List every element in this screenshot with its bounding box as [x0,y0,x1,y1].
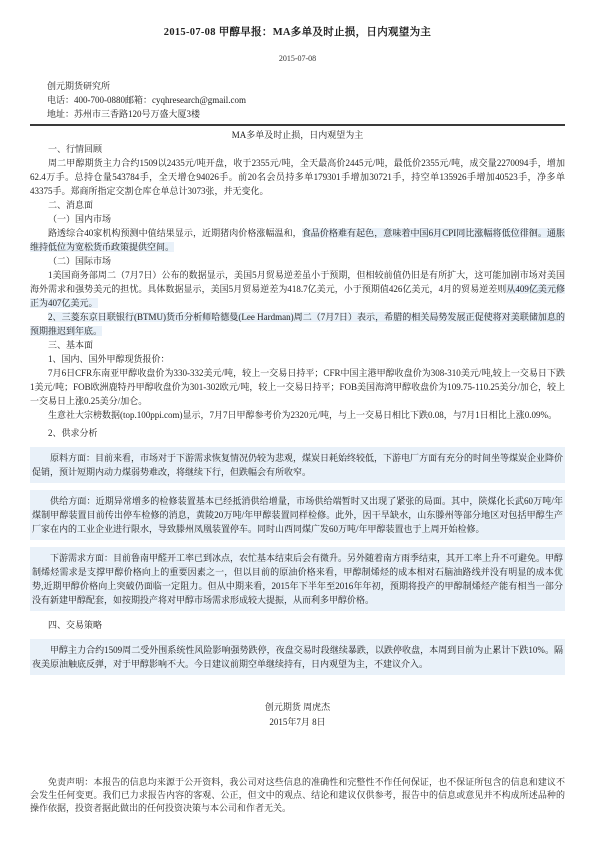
disclaimer-paragraph: 免责声明：本报告的信息均来源于公开资料，我公司对这些信息的准确性和完整性不作任何… [30,776,565,815]
report-date: 2015-07-08 [30,54,565,64]
signature-block: 创元期货 周虎杰 2015年7月 8日 [30,700,565,730]
intl2-highlighted-text: 2、三菱东京日联银行(BTMU)货币分析师哈德曼(Lee Hardman)周二（… [30,312,565,336]
raw-material-paragraph: 原料方面：目前来看，市场对于下游需求恢复情况仍较为悲观，煤炭日耗始终较低，下游电… [30,447,565,483]
header-divider [30,124,565,126]
domestic-market-subheading: （一）国内市场 [30,212,565,226]
intl-paragraph-2: 2、三菱东京日联银行(BTMU)货币分析师哈德曼(Lee Hardman)周二（… [30,310,565,338]
intl-paragraph-1: 1美国商务部周二（7月7日）公布的数据显示，美国5月贸易逆差虽小于预期，但相较前… [30,268,565,310]
supply-demand-subheading: 2、供求分析 [30,426,565,440]
strategy-paragraph: 甲醇主力合约1509周二受外围系统性风险影响强势跌停，夜盘交易时段继续暴跌，以跌… [30,639,565,675]
intl1-normal-text: 1美国商务部周二（7月7日）公布的数据显示，美国5月贸易逆差虽小于预期，但相较前… [30,270,565,294]
signature-date: 2015年7月 8日 [30,715,565,730]
document-page: 2015-07-08 甲醇早报：MA多单及时止损，日内观望为主 2015-07-… [0,0,595,842]
domestic-market-paragraph: 路透综合40家机构预测中值结果显示，近期猪肉价格涨幅温和，食品价格难有起色，意味… [30,226,565,254]
domestic-normal-text: 路透综合40家机构预测中值结果显示，近期猪肉价格涨幅温和， [48,228,302,238]
report-subtitle: MA多单及时止损，日内观望为主 [30,128,565,142]
spot-price-subheading: 1、国内、国外甲醇现货报价： [30,352,565,366]
section-2-heading: 二、消息面 [30,198,565,212]
section-3-heading: 三、基本面 [30,338,565,352]
intl-market-subheading: （二）国际市场 [30,254,565,268]
section-4-heading: 四、交易策略 [30,618,565,632]
demand-paragraph: 下游需求方面：目前鲁南甲醛开工率已到冰点，农忙基本结束后会有微升。另外随着南方雨… [30,547,565,611]
market-review-paragraph: 周二甲醇期货主力合约1509以2435元/吨开盘，收于2355元/吨，全天最高价… [30,156,565,198]
signature-author: 创元期货 周虎杰 [30,700,565,715]
section-1-heading: 一、行情回顾 [30,142,565,156]
org-phone-line: 电话：400-700-0880邮箱：cyqhresearch@gmail.com [47,93,565,107]
reference-price-paragraph: 生意社大宗榜数据(top.100ppi.com)显示，7月7日甲醇参考价为232… [30,408,565,422]
org-info-block: 创元期货研究所 电话：400-700-0880邮箱：cyqhresearch@g… [47,79,565,121]
org-name: 创元期货研究所 [47,79,565,93]
report-body: 一、行情回顾 周二甲醇期货主力合约1509以2435元/吨开盘，收于2355元/… [30,142,565,815]
supply-paragraph: 供给方面：近期异常增多的检修装置基本已经抵消供给增量，市场供给端暂时又出现了紧张… [30,490,565,540]
spot-price-paragraph: 7月6日CFR东南亚甲醇收盘价为330-332美元/吨，较上一交易日持平；CFR… [30,366,565,408]
report-title: 2015-07-08 甲醇早报：MA多单及时止损，日内观望为主 [30,26,565,40]
org-address-line: 地址：苏州市三香路120号万盛大厦3楼 [47,107,565,121]
